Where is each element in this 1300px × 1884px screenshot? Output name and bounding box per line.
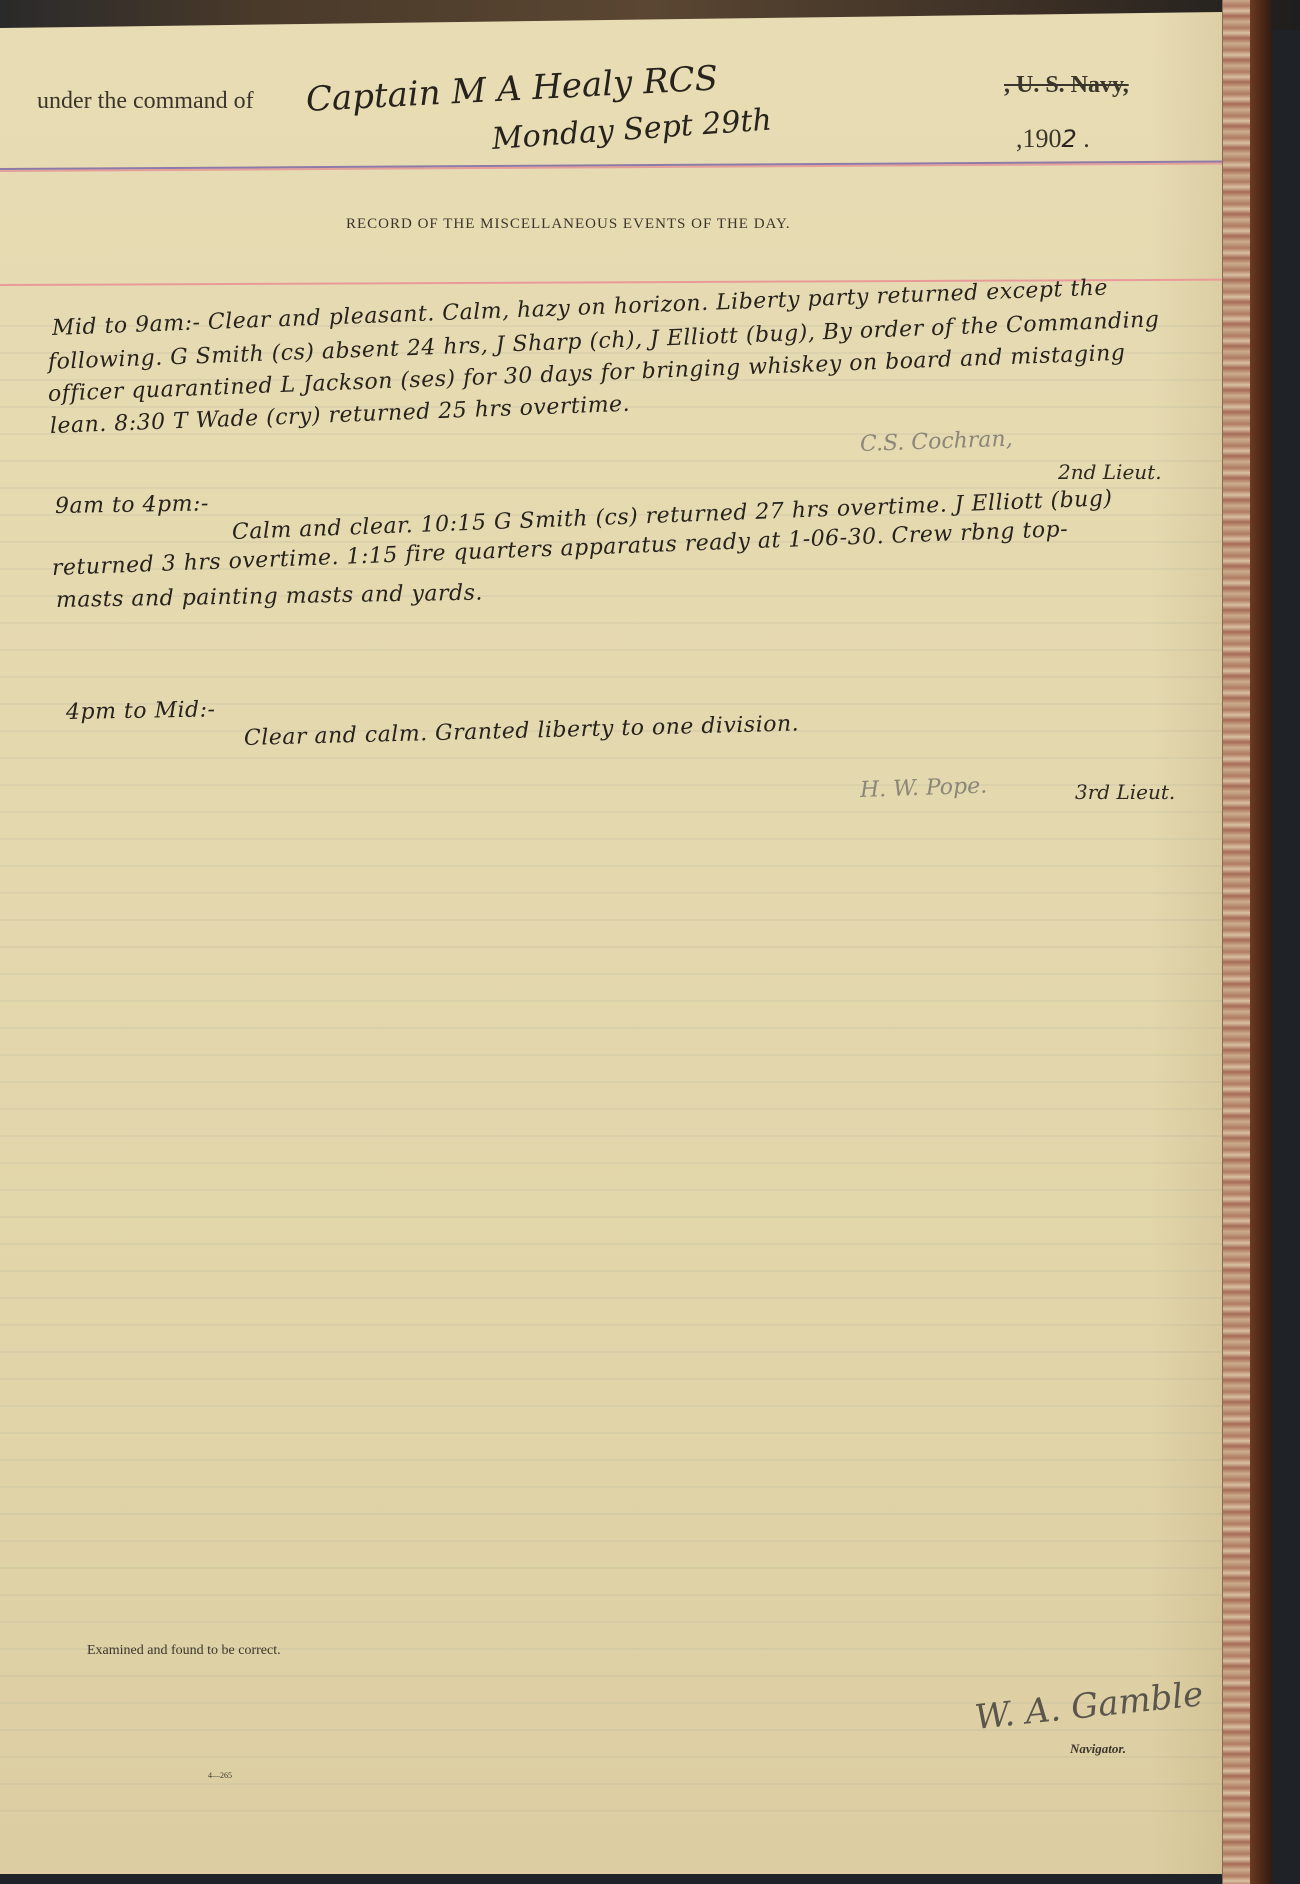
log-year: ,1902 . [1016,124,1090,154]
entry-1-rank: 2nd Lieut. [1058,460,1162,484]
year-handwritten: 2 [1062,125,1077,153]
year-printed: ,190 [1016,124,1062,153]
page-fore-edge [1222,0,1251,1884]
page-shadow [1150,12,1222,1874]
entry-1-signature: C.S. Cochran, [860,427,1013,457]
examined-note: Examined and found to be correct. [87,1643,281,1659]
form-number: 4—265 [208,1771,232,1780]
entry-3-signature: H. W. Pope. [860,774,988,803]
year-suffix: . [1077,124,1090,153]
entry-3-rank: 3rd Lieut. [1075,780,1175,804]
command-label: under the command of [37,88,254,115]
section-heading: RECORD OF THE MISCELLANEOUS EVENTS OF TH… [346,216,791,233]
entry-3-watch: 4pm to Mid:- [66,697,216,725]
entry-2-watch: 9am to 4pm:- [55,491,209,519]
book-cover-edge [1250,0,1272,1884]
service-struck-through: , U. S. Navy, [1004,72,1129,99]
navigator-label: Navigator. [1070,1741,1126,1757]
